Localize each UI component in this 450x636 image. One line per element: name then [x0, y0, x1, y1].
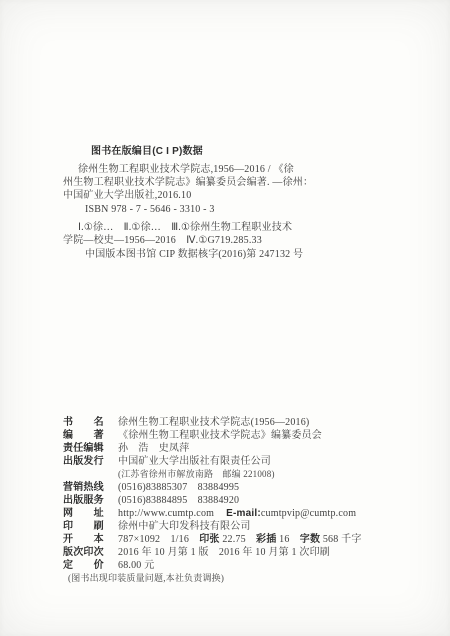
color-inserts-label: 彩插: [256, 533, 276, 546]
book-title-value: 徐州生物工程职业技术学院志(1956—2016): [118, 416, 309, 429]
marketing-hotline-value: (0516)83885307 83884995: [118, 481, 239, 494]
email-label: E-mail:: [226, 507, 261, 520]
price-label: 定 价: [63, 559, 109, 572]
row-publisher-address: (江苏省徐州市解放南路 邮编 221008): [63, 468, 413, 481]
quality-note: (图书出现印装质量问题,本社负责调换): [68, 572, 413, 585]
editor-value: 《徐州生物工程职业技术学院志》编纂委员会: [118, 429, 322, 442]
cip-heading: 图书在版编目(C I P)数据: [91, 145, 395, 158]
editor-label: 编 著: [63, 429, 109, 442]
row-price: 定 价 68.00 元: [63, 559, 413, 572]
classification-line-2: 学院—校史—1956—2016 Ⅳ.①G719.285.33: [63, 234, 395, 247]
cip-entry-line-2: 州生物工程职业技术学院志》编纂委员会编著. —徐州：: [63, 176, 395, 189]
row-format: 开 本 787×1092 1/16 印张 22.75 彩插 16 字数 568 …: [63, 533, 413, 546]
printer-label: 印 刷: [63, 520, 109, 533]
word-count-label: 字数: [300, 533, 320, 546]
row-edition: 版次印次 2016 年 10 月第 1 版 2016 年 10 月第 1 次印刷: [63, 546, 413, 559]
book-title-label: 书 名: [63, 416, 109, 429]
row-publisher: 出版发行 中国矿业大学出版社有限责任公司: [63, 455, 413, 468]
row-responsible-editor: 责任编辑 孙 浩 史凤萍: [63, 442, 413, 455]
format-size: 787×1092 1/16: [118, 533, 199, 546]
cip-data-block: 图书在版编目(C I P)数据 徐州生物工程职业技术学院志,1956—2016 …: [63, 145, 395, 261]
row-printer: 印 刷 徐州中矿大印发科技有限公司: [63, 520, 413, 533]
printed-sheets-value: 22.75: [220, 533, 256, 546]
row-marketing-hotline: 营销热线 (0516)83885307 83884995: [63, 481, 413, 494]
row-editor: 编 著 《徐州生物工程职业技术学院志》编纂委员会: [63, 429, 413, 442]
cip-entry-line-1: 徐州生物工程职业技术学院志,1956—2016 / 《徐: [63, 163, 395, 176]
publishing-service-label: 出版服务: [63, 494, 109, 507]
website-url: http://www.cumtp.com: [118, 507, 214, 520]
printer-value: 徐州中矿大印发科技有限公司: [118, 520, 251, 533]
cip-entry-line-3: 中国矿业大学出版社,2016.10: [63, 189, 395, 202]
publisher-value: 中国矿业大学出版社有限责任公司: [118, 455, 271, 468]
website-label: 网 址: [63, 507, 109, 520]
edition-value: 2016 年 10 月第 1 版 2016 年 10 月第 1 次印刷: [118, 546, 330, 559]
price-value: 68.00 元: [118, 559, 154, 572]
printed-sheets-label: 印张: [199, 533, 219, 546]
publisher-address-value: (江苏省徐州市解放南路 邮编 221008): [118, 468, 275, 481]
row-book-title: 书 名 徐州生物工程职业技术学院志(1956—2016): [63, 416, 413, 429]
colophon-block: 书 名 徐州生物工程职业技术学院志(1956—2016) 编 著 《徐州生物工程…: [63, 416, 413, 585]
publisher-label: 出版发行: [63, 455, 109, 468]
classification-line-1: Ⅰ.①徐… Ⅱ.①徐… Ⅲ.①徐州生物工程职业技术: [63, 221, 395, 234]
publisher-address-spacer: [63, 468, 109, 481]
responsible-editor-label: 责任编辑: [63, 442, 109, 455]
isbn-line: ISBN 978 - 7 - 5646 - 3310 - 3: [85, 203, 395, 216]
format-label: 开 本: [63, 533, 109, 546]
row-website: 网 址 http://www.cumtp.com E-mail: cumtpvi…: [63, 507, 413, 520]
publishing-service-value: (0516)83884895 83884920: [118, 494, 239, 507]
edition-label: 版次印次: [63, 546, 109, 559]
cip-record-number: 中国版本图书馆 CIP 数据核字(2016)第 247132 号: [85, 248, 395, 261]
color-inserts-value: 16: [276, 533, 299, 546]
responsible-editor-value: 孙 浩 史凤萍: [118, 442, 189, 455]
marketing-hotline-label: 营销热线: [63, 481, 109, 494]
copyright-page: 图书在版编目(C I P)数据 徐州生物工程职业技术学院志,1956—2016 …: [0, 0, 450, 636]
row-publishing-service: 出版服务 (0516)83884895 83884920: [63, 494, 413, 507]
word-count-value: 568 千字: [320, 533, 361, 546]
email-value: cumtpvip@cumtp.com: [261, 507, 356, 520]
